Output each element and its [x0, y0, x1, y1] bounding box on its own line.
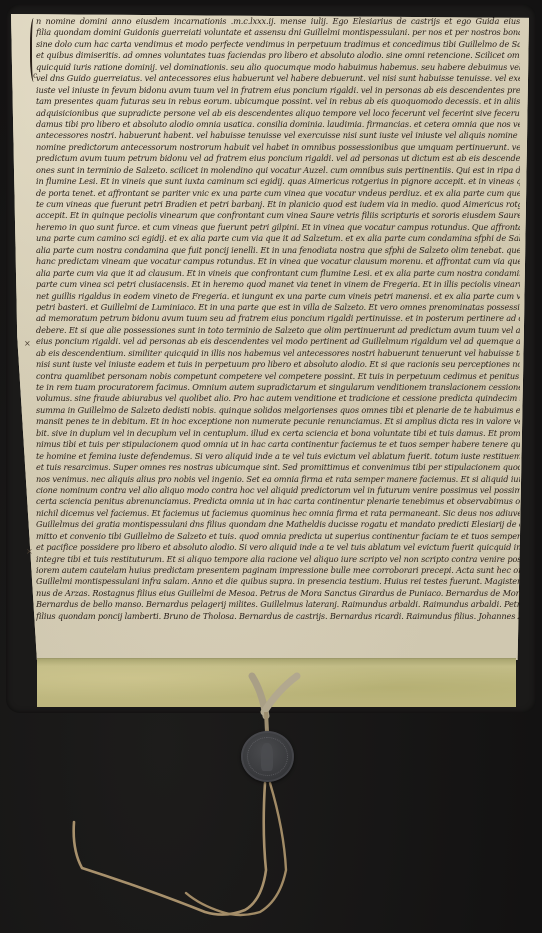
seal-cord — [0, 0, 542, 933]
hanging-seal — [241, 731, 294, 782]
seal-figure-icon — [261, 743, 273, 771]
